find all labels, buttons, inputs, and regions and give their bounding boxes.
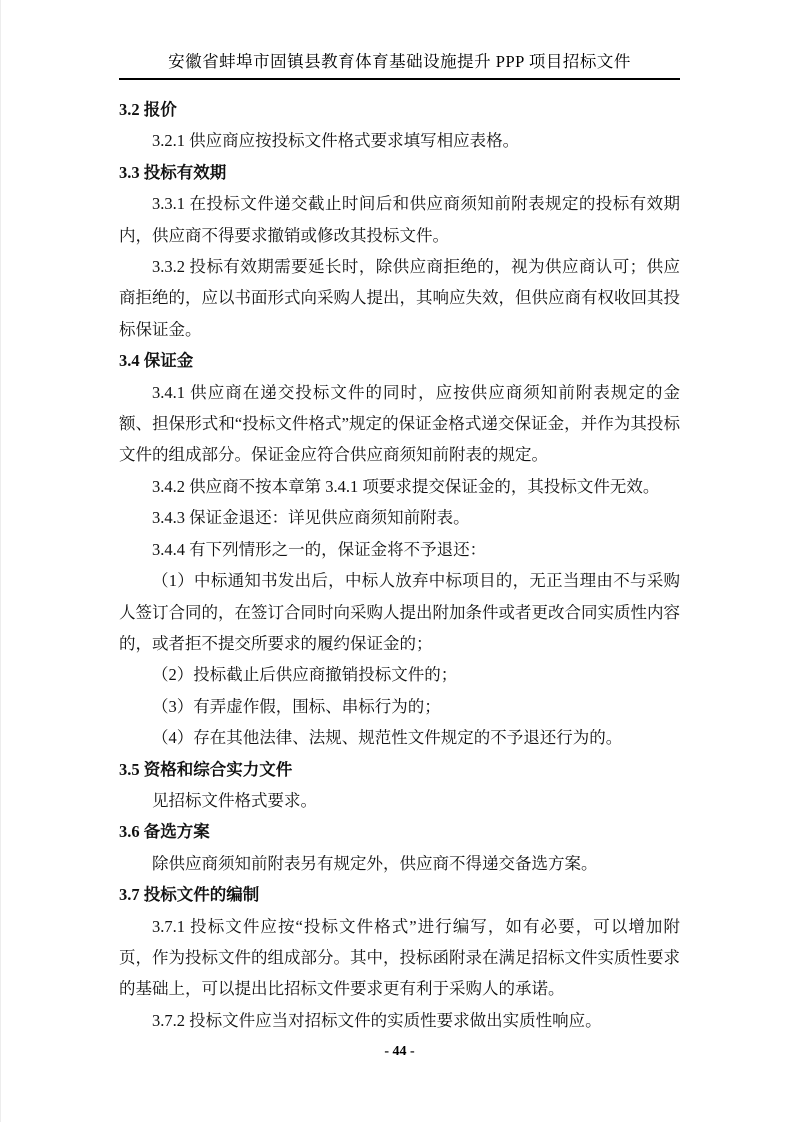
section-heading: 3.3 投标有效期 — [119, 157, 680, 188]
document-title: 安徽省蚌埠市固镇县教育体育基础设施提升 PPP 项目招标文件 — [119, 50, 680, 74]
paragraph: 3.3.2 投标有效期需要延长时，除供应商拒绝的，视为供应商认可；供应商拒绝的，… — [119, 251, 680, 345]
paragraph: 见招标文件格式要求。 — [119, 785, 680, 816]
page-footer: - 44 - — [119, 1042, 680, 1062]
page-header: 安徽省蚌埠市固镇县教育体育基础设施提升 PPP 项目招标文件 — [119, 50, 680, 80]
section-heading: 3.2 报价 — [119, 94, 680, 125]
paragraph: 3.4.1 供应商在递交投标文件的同时，应按供应商须知前附表规定的金额、担保形式… — [119, 377, 680, 471]
paragraph: 3.2.1 供应商应按投标文件格式要求填写相应表格。 — [119, 125, 680, 156]
document-page: 安徽省蚌埠市固镇县教育体育基础设施提升 PPP 项目招标文件 3.2 报价3.2… — [0, 0, 793, 1122]
paragraph: （1）中标通知书发出后，中标人放弃中标项目的，无正当理由不与采购人签订合同的，在… — [119, 565, 680, 659]
paragraph: 3.7.1 投标文件应按“投标文件格式”进行编写，如有必要，可以增加附页，作为投… — [119, 911, 680, 1005]
paragraph: 3.3.1 在投标文件递交截止时间后和供应商须知前附表规定的投标有效期内，供应商… — [119, 188, 680, 251]
section-heading: 3.5 资格和综合实力文件 — [119, 754, 680, 785]
section-heading: 3.7 投标文件的编制 — [119, 879, 680, 910]
paragraph: 3.7.2 投标文件应当对招标文件的实质性要求做出实质性响应。 — [119, 1005, 680, 1036]
paragraph: （3）有弄虚作假，围标、串标行为的； — [119, 691, 680, 722]
section-heading: 3.6 备选方案 — [119, 816, 680, 847]
paragraph: 3.4.3 保证金退还：详见供应商须知前附表。 — [119, 502, 680, 533]
paragraph: 除供应商须知前附表另有规定外，供应商不得递交备选方案。 — [119, 848, 680, 879]
section-heading: 3.4 保证金 — [119, 345, 680, 376]
paragraph: （4）存在其他法律、法规、规范性文件规定的不予退还行为的。 — [119, 722, 680, 753]
page-number: - 44 - — [384, 1044, 414, 1059]
paragraph: 3.4.4 有下列情形之一的，保证金将不予退还： — [119, 534, 680, 565]
paragraph: 3.4.2 供应商不按本章第 3.4.1 项要求提交保证金的，其投标文件无效。 — [119, 471, 680, 502]
paragraph: （2）投标截止后供应商撤销投标文件的； — [119, 659, 680, 690]
document-body: 3.2 报价3.2.1 供应商应按投标文件格式要求填写相应表格。3.3 投标有效… — [119, 94, 680, 1036]
